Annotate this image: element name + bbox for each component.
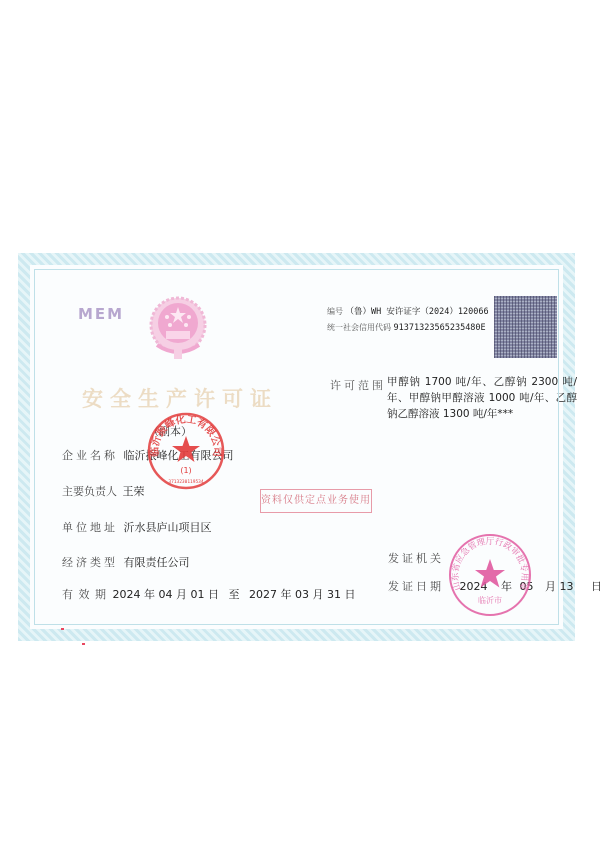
national-emblem-icon [147, 293, 209, 363]
company-seal-text: 临沂振峰化工有限公司 [148, 412, 224, 457]
company-seal-code: 3713230119534 [168, 479, 204, 485]
credit-code-value: 91371323565235480E [394, 323, 486, 333]
company-seal-number: (1) [180, 466, 191, 475]
company-seal: 临沂振峰化工有限公司 (1) 3713230119534 [147, 412, 225, 490]
authority-seal-text: 山东省应急管理厅行政审批专用章 [450, 536, 530, 592]
credit-code: 统一社会信用代码 91371323565235480E [327, 322, 486, 333]
field-issue-date: 发证日期 2024 年 05 月 13 日 [388, 578, 600, 594]
svg-text:山东省应急管理厅行政审批专用章: 山东省应急管理厅行政审批专用章 [450, 536, 530, 592]
watermark-stamp: 资料仅供定点业务使用 [260, 489, 372, 513]
field-issuer: 发证机关 [388, 550, 446, 566]
certificate: MEM 安全生产许可证 （副本） 编号 （鲁）WH 安许证字（2024）1200… [18, 253, 575, 641]
field-validity: 有 效 期 2024 年 04 月 01 日 至 2027 年 03 月 31 … [62, 586, 355, 602]
credit-code-label: 统一社会信用代码 [327, 323, 391, 332]
field-address: 单位地址 沂水县庐山项目区 [62, 519, 212, 535]
field-principal: 主要负责人 王荣 [62, 483, 145, 499]
field-company-name: 企业名称 临沂振峰化工有限公司 [62, 447, 234, 463]
red-speck [61, 628, 64, 630]
authority-seal: 山东省应急管理厅行政审批专用章 临沂市 [448, 533, 532, 617]
copy-label: （副本） [148, 423, 192, 439]
mem-logo: MEM [78, 305, 124, 323]
field-economic-type: 经济类型 有限责任公司 [62, 554, 190, 570]
certificate-title: 安全生产许可证 [82, 383, 278, 413]
certificate-number: 编号 （鲁）WH 安许证字（2024）120066 号 [327, 305, 502, 317]
svg-text:临沂振峰化工有限公司: 临沂振峰化工有限公司 [148, 412, 224, 457]
scope-value: 甲醇钠 1700 吨/年、乙醇钠 2300 吨/年、甲醇钠甲醇溶液 1000 吨… [387, 374, 577, 422]
authority-seal-bottom: 临沂市 [478, 595, 502, 605]
qr-code-icon[interactable] [494, 296, 557, 358]
number-value: （鲁）WH 安许证字（2024）120066 号 [346, 307, 503, 317]
number-label: 编号 [327, 307, 343, 316]
red-speck [82, 643, 85, 645]
scope-label: 许可范围 [330, 377, 386, 393]
